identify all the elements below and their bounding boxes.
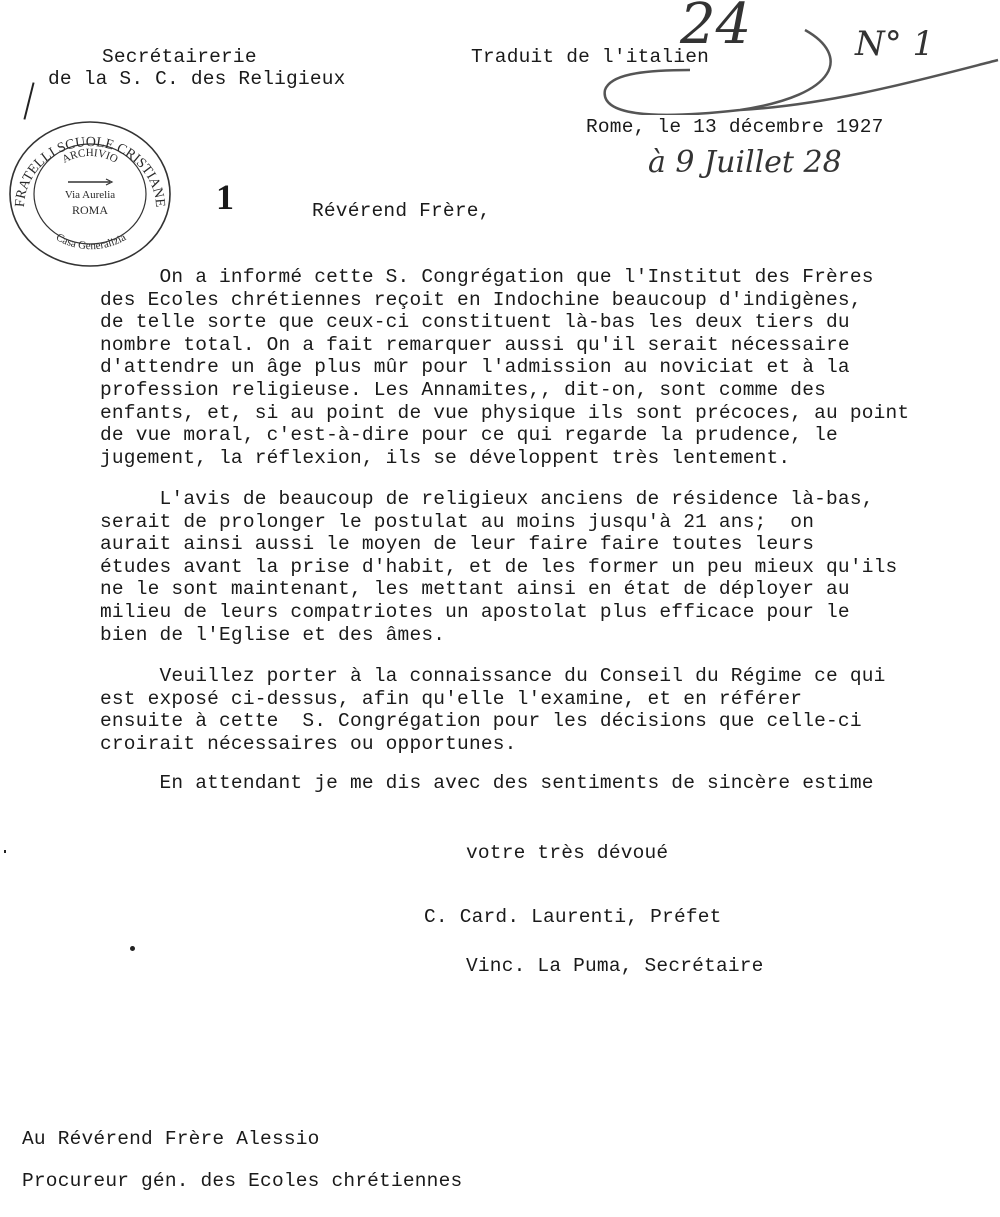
paragraph-line: profession religieuse. Les Annamites,, d… <box>100 379 980 402</box>
paragraph-line: bien de l'Eglise et des âmes. <box>100 624 980 647</box>
salutation: Révérend Frère, <box>312 200 491 222</box>
paragraph-line: aurait ainsi aussi le moyen de leur fair… <box>100 533 980 556</box>
signature-secretary: Vinc. La Puma, Secrétaire <box>466 955 764 977</box>
ink-dot <box>4 850 6 853</box>
date-line: Rome, le 13 décembre 1927 <box>586 116 884 138</box>
signature-prefect: C. Card. Laurenti, Préfet <box>424 906 722 928</box>
ink-dot <box>130 946 135 951</box>
paragraph-line: est exposé ci-dessus, afin qu'elle l'exa… <box>100 688 980 711</box>
pen-stroke <box>23 82 34 119</box>
archive-stamp: FRATELLI SCUOLE CRISTIANE ARCHIVIO Via A… <box>6 118 174 270</box>
paragraph-line: L'avis de beaucoup de religieux anciens … <box>100 488 980 511</box>
paragraph-4: En attendant je me dis avec des sentimen… <box>100 772 980 795</box>
paragraph-line: nombre total. On a fait remarquer aussi … <box>100 334 980 357</box>
svg-text:Via Aurelia: Via Aurelia <box>65 189 115 201</box>
handwritten-loop <box>600 20 1000 115</box>
paragraph-line: serait de prolonger le postulat au moins… <box>100 511 980 534</box>
paragraph-line: de telle sorte que ceux-ci constituent l… <box>100 311 980 334</box>
letterhead-line-1: Secrétairerie <box>102 46 257 68</box>
paragraph-line: de vue moral, c'est-à-dire pour ce qui r… <box>100 424 980 447</box>
paragraph-line: On a informé cette S. Congrégation que l… <box>100 266 980 289</box>
paragraph-line: milieu de leurs compatriotes un apostola… <box>100 601 980 624</box>
handwritten-date-note: à 9 Juillet 28 <box>648 145 842 180</box>
paragraph-3: Veuillez porter à la connaissance du Con… <box>100 665 980 755</box>
paragraph-2: L'avis de beaucoup de religieux anciens … <box>100 488 980 646</box>
addressee-line-1: Au Révérend Frère Alessio <box>22 1128 320 1150</box>
svg-text:Casa Generalizia: Casa Generalizia <box>54 231 128 252</box>
paragraph-line: ne le sont maintenant, les mettant ainsi… <box>100 578 980 601</box>
letterhead-line-2: de la S. C. des Religieux <box>48 68 346 90</box>
paragraph-line: d'attendre un âge plus mûr pour l'admiss… <box>100 356 980 379</box>
closing: votre très dévoué <box>466 842 668 864</box>
svg-text:ROMA: ROMA <box>72 203 108 217</box>
paragraph-line: Veuillez porter à la connaissance du Con… <box>100 665 980 688</box>
paragraph-line: des Ecoles chrétiennes reçoit en Indochi… <box>100 289 980 312</box>
paragraph-line: enfants, et, si au point de vue physique… <box>100 402 980 425</box>
paragraph-line: études avant la prise d'habit, et de les… <box>100 556 980 579</box>
paragraph-1: On a informé cette S. Congrégation que l… <box>100 266 980 469</box>
paragraph-line: En attendant je me dis avec des sentimen… <box>100 772 980 795</box>
page-number: 1 <box>216 176 234 218</box>
paragraph-line: ensuite à cette S. Congrégation pour les… <box>100 710 980 733</box>
paragraph-line: croirait nécessaires ou opportunes. <box>100 733 980 756</box>
paragraph-line: jugement, la réflexion, ils se développe… <box>100 447 980 470</box>
addressee-line-2: Procureur gén. des Ecoles chrétiennes <box>22 1170 462 1192</box>
